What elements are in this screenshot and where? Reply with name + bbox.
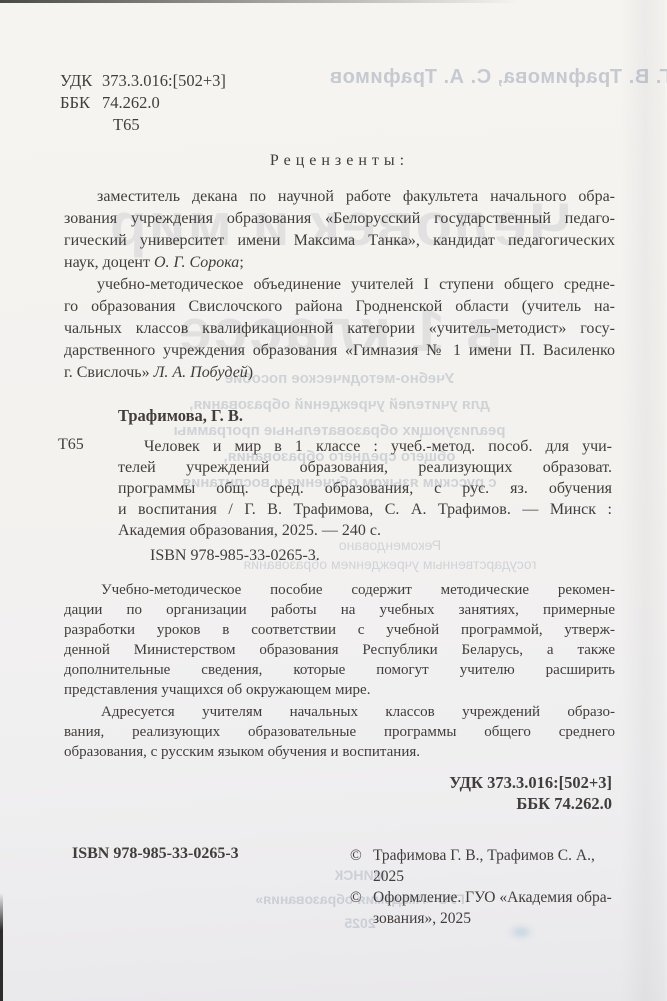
scan-edge-left (0, 893, 3, 1001)
bibliographic-code: Т65 (58, 436, 84, 454)
isbn-bottom: ISBN 978-985-33-0265-3 (72, 845, 239, 863)
showthrough-author-line: Г. В. Трафимова, С. А. Трафимов (320, 66, 667, 89)
copyright-authors-lines: Трафимова Г. В., Трафимов С. А.,2025 (373, 845, 612, 887)
udk-code-bottom: УДК 373.3.016:[502+3] (449, 772, 612, 793)
reviewer-2-last-post: ) (248, 364, 253, 381)
ink-smudge (508, 924, 534, 940)
scan-edge-top (0, 0, 520, 3)
reviewers-section: заместитель декана по научной работе фак… (64, 186, 615, 384)
udk-label: УДК (60, 70, 102, 92)
reviewer-1-lastline: наук, доцент О. Г. Сорока; (64, 252, 615, 274)
copyright-block: © Трафимова Г. В., Трафимов С. А.,2025 ©… (350, 845, 612, 929)
reviewer-1-last-pre: наук, доцент (64, 254, 154, 271)
reviewer-1-lines: заместитель декана по научной работе фак… (64, 186, 615, 252)
copyright-design-lines: Оформление. ГУО «Академия обра-зования»,… (373, 887, 612, 929)
copyright-design: © Оформление. ГУО «Академия обра-зования… (350, 887, 612, 929)
reviewer-1-last-post: ; (239, 254, 243, 271)
page-curvature-shadow (621, 0, 665, 1001)
reviewer-2: учебно-методическое объединение учителей… (64, 274, 615, 384)
bbk-code: ББК74.262.0 (60, 92, 226, 114)
reviewer-2-name: Л. А. Побудей (154, 364, 248, 381)
annotation-section: Учебно-методическое пособие содержит мет… (64, 580, 615, 764)
bbk-code-bottom: ББК 74.262.0 (449, 793, 612, 814)
reviewer-2-lines: учебно-методическое объединение учителей… (64, 274, 615, 362)
copyright-symbol: © (350, 845, 362, 866)
annotation-paragraph-2: Адресуется учителям начальных классов уч… (64, 702, 615, 762)
annotation-paragraph-1: Учебно-методическое пособие содержит мет… (64, 580, 615, 700)
book-imprint-page: { "head": { "udk_label": "УДК", "udk_val… (0, 0, 667, 1001)
author-sign-value: Т65 (113, 115, 140, 134)
reviewer-2-lastline: г. Свислочь» Л. А. Побудей) (64, 362, 615, 384)
author-sign-code: Т65 (60, 114, 226, 136)
reviewer-1: заместитель декана по научной работе фак… (64, 186, 615, 274)
copyright-symbol: © (350, 887, 362, 908)
classification-codes: УДК373.3.016:[502+3] ББК74.262.0 Т65 (60, 70, 226, 136)
scanned-page: Г. В. Трафимова, С. А. Трафимов Человек … (0, 0, 667, 1001)
classification-codes-bottom: УДК 373.3.016:[502+3] ББК 74.262.0 (449, 772, 612, 814)
bbk-label: ББК (60, 92, 102, 114)
copyright-authors: © Трафимова Г. В., Трафимов С. А.,2025 (350, 845, 612, 887)
bibliographic-entry: Человек и мир в 1 классе : учеб.-метод. … (118, 436, 612, 541)
bbk-value: 74.262.0 (102, 93, 160, 112)
udk-value: 373.3.016:[502+3] (102, 71, 226, 90)
bibliographic-author: Трафимова, Г. В. (118, 406, 243, 426)
udk-code: УДК373.3.016:[502+3] (60, 70, 226, 92)
isbn-mid: ISBN 978-985-33-0265-3. (150, 547, 320, 565)
reviewer-2-last-pre: г. Свислочь» (64, 364, 154, 381)
reviewers-heading: Рецензенты: (64, 152, 615, 170)
reviewer-1-name: О. Г. Сорока (154, 254, 239, 271)
